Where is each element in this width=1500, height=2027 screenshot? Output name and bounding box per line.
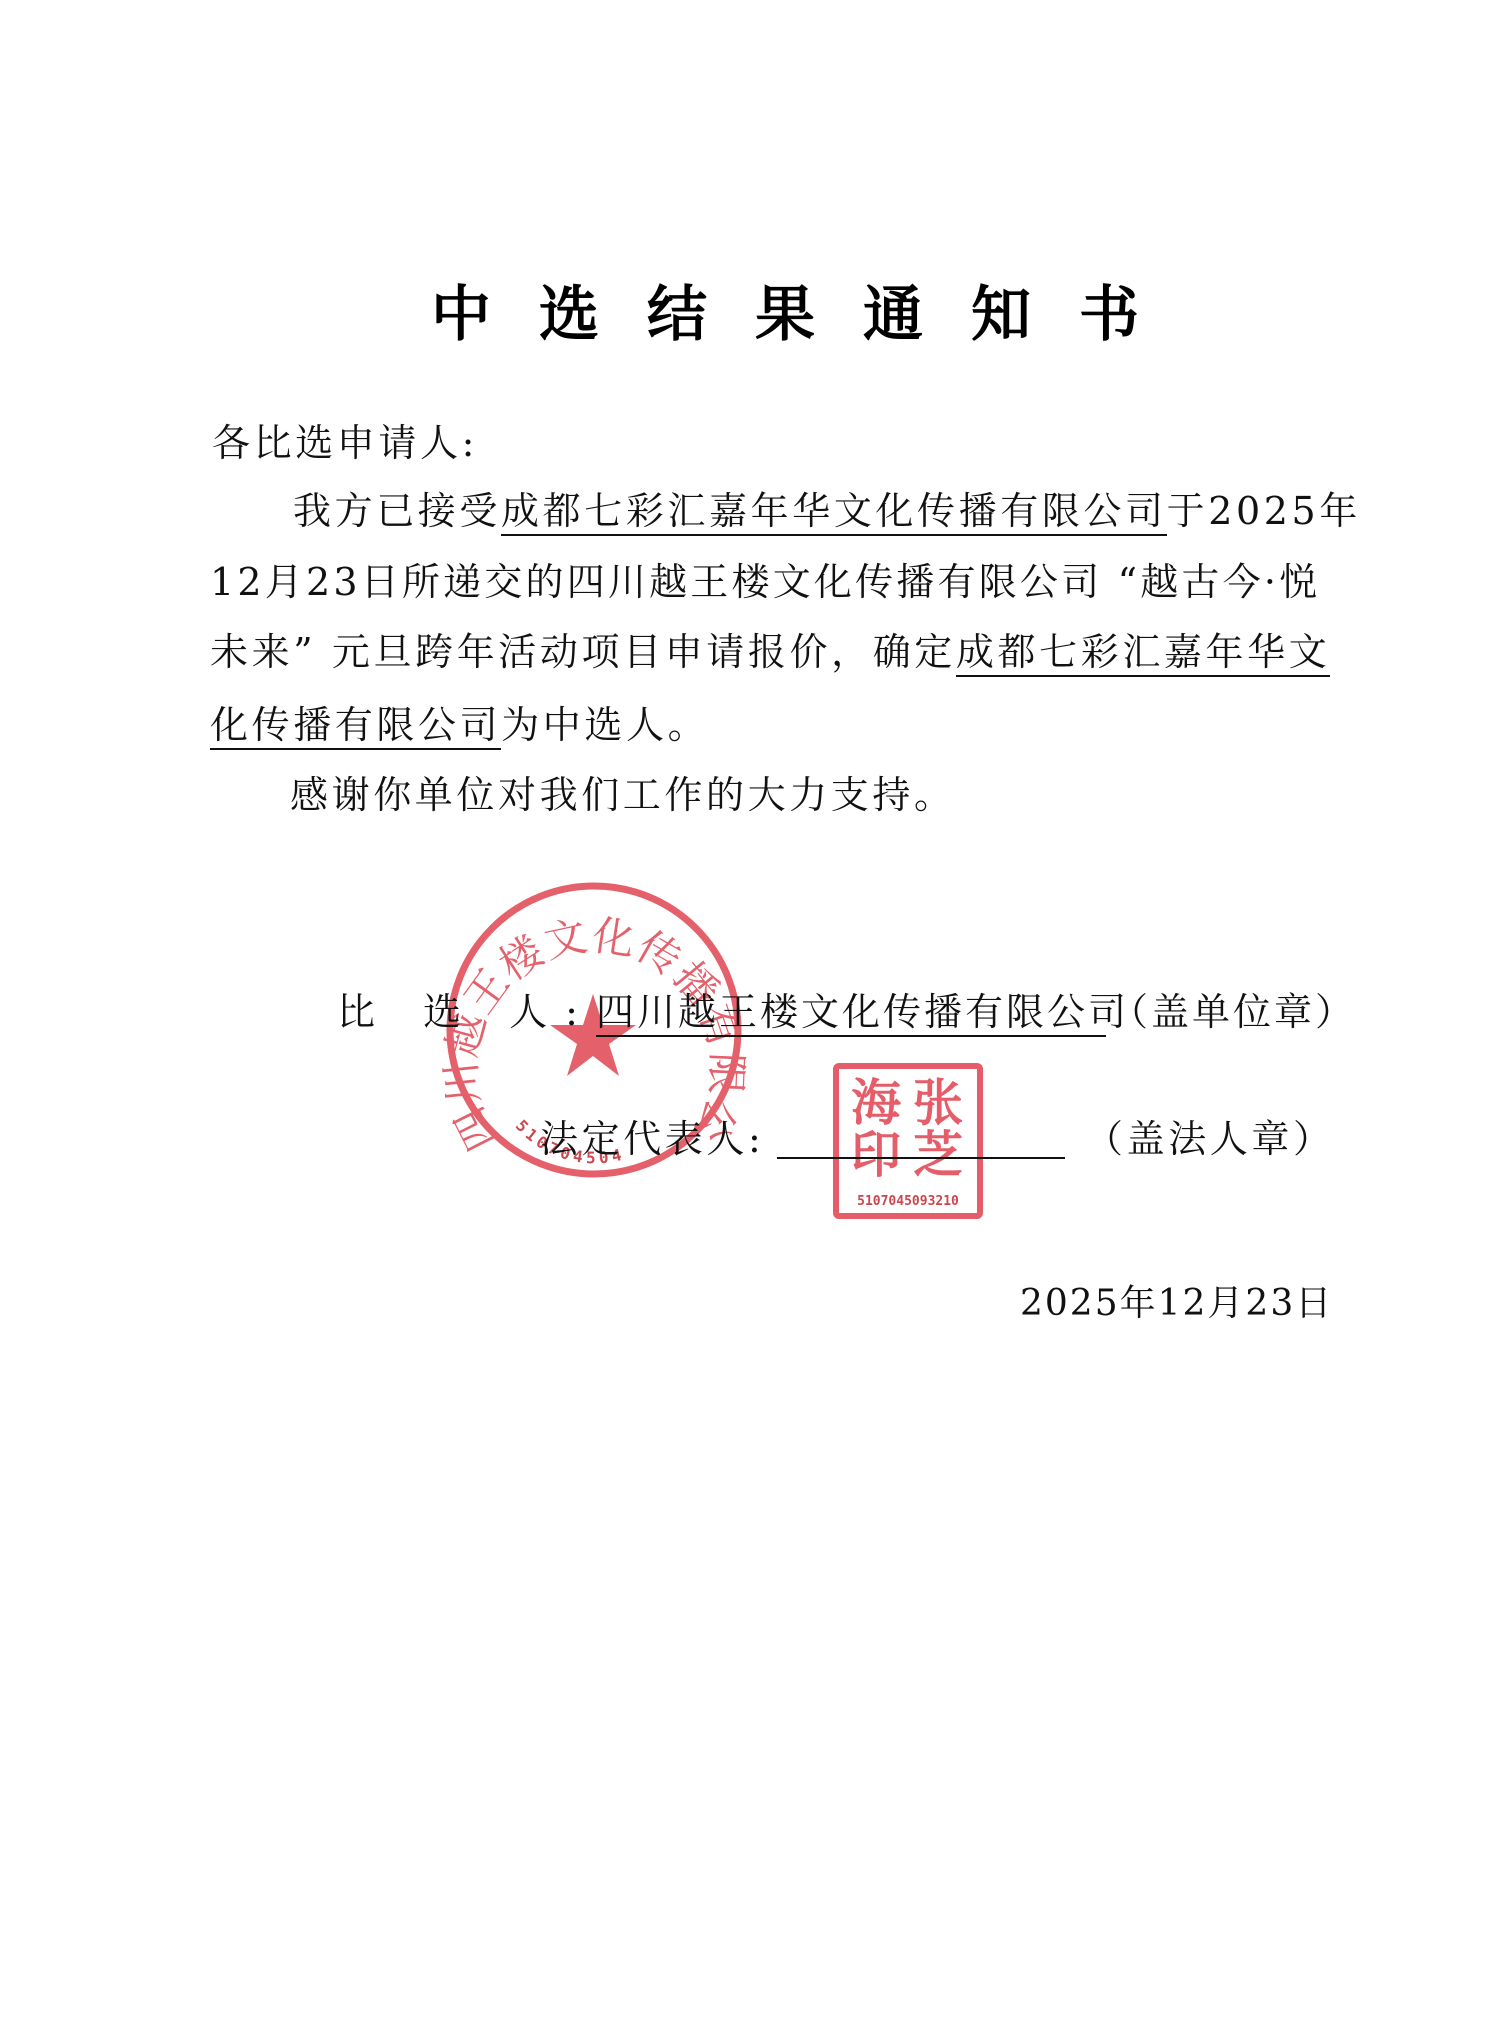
text-prefix: 我方已接受	[293, 489, 501, 533]
text-prefix: 未来” 元旦跨年活动项目申请报价，确定	[210, 630, 956, 674]
paragraph-line-1: 我方已接受成都七彩汇嘉年华文化传播有限公司于2025年	[293, 489, 1361, 533]
signatory-row: 比 选 人:四川越王楼文化传播有限公司（盖单位章）	[337, 990, 1356, 1037]
legal-rep-label: 法定代表人:	[540, 1117, 764, 1161]
signature-line	[777, 1157, 1065, 1159]
page-title: 中选结果通知书	[431, 280, 1187, 350]
seal-char-zhang: 张	[913, 1077, 963, 1129]
paragraph-line-4: 化传播有限公司为中选人。	[210, 703, 709, 747]
text-suffix: 于2025年	[1167, 489, 1361, 533]
signatory-seal-note: （盖单位章）	[1110, 990, 1356, 1034]
salutation: 各比选申请人:	[212, 421, 478, 465]
legal-rep-seal-note: （盖法人章）	[1085, 1117, 1335, 1161]
text-suffix: 为中选人。	[501, 703, 709, 747]
seal-code: 5107045093210	[843, 1194, 973, 1209]
winner-company-name: 成都七彩汇嘉年华文化传播有限公司	[501, 489, 1167, 536]
winner-company-name-part2: 化传播有限公司	[210, 703, 501, 750]
winner-company-name-part1: 成都七彩汇嘉年华文	[956, 630, 1330, 677]
seal-char-zhi: 芝	[913, 1129, 963, 1181]
paragraph-line-2: 12月23日所递交的四川越王楼文化传播有限公司 “越古今·悦	[210, 560, 1320, 604]
signatory-value: 四川越王楼文化传播有限公司	[596, 990, 1106, 1037]
signatory-label: 比 选 人:	[337, 990, 596, 1034]
seal-char-yin: 印	[851, 1129, 901, 1181]
legal-rep-seal: 张 芝 海 印 5107045093210	[833, 1063, 983, 1219]
seal-char-hai: 海	[851, 1077, 901, 1129]
thanks-line: 感谢你单位对我们工作的大力支持。	[290, 773, 956, 817]
issue-date: 2025年12月23日	[1020, 1275, 1333, 1326]
paragraph-line-3: 未来” 元旦跨年活动项目申请报价，确定成都七彩汇嘉年华文	[210, 630, 1330, 674]
